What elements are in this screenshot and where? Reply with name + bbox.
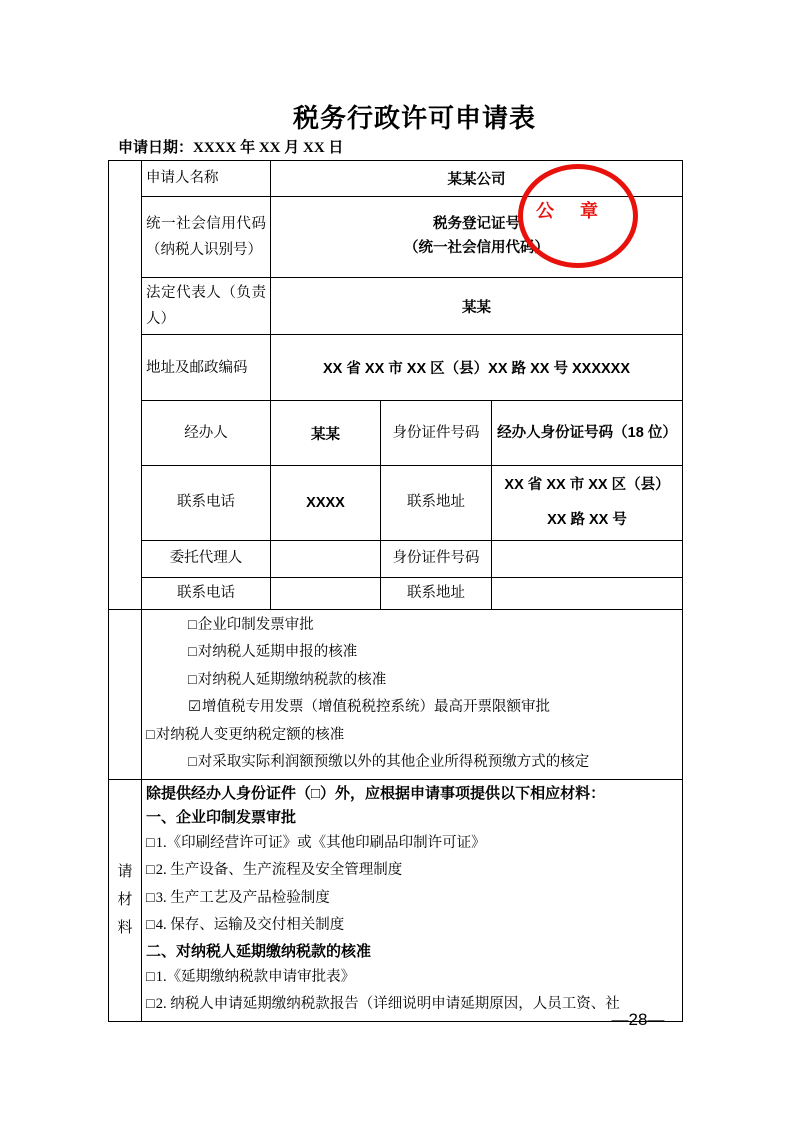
application-form-table: 申请人名称 某某公司 统一社会信用代码（纳税人识别号） 税务登记证号 （统一社会… — [108, 160, 683, 1022]
applicant-name-label: 申请人名称 — [142, 161, 271, 197]
proxy-phone-value — [271, 577, 381, 609]
material-item-label: 2. 生产设备、生产流程及安全管理制度 — [156, 862, 403, 878]
permit-item-label: 对纳税人变更纳税定额的核准 — [156, 727, 345, 743]
agent-phone-value: XXXX — [271, 466, 381, 541]
materials-intro: 除提供经办人身份证件（□）外，应根据申请事项提供以下相应材料： — [146, 782, 678, 806]
checkbox-unchecked-icon[interactable]: □ — [188, 612, 197, 640]
permit-item: □对纳税人延期缴纳税款的核准 — [146, 667, 678, 695]
permit-item: □企业印制发票审批 — [146, 612, 678, 640]
material-item: □3. 生产工艺及产品检验制度 — [146, 885, 678, 913]
material-item-label: 3. 生产工艺及产品检验制度 — [156, 890, 330, 906]
permit-item-label: 企业印制发票审批 — [198, 617, 314, 633]
permit-type-section: □企业印制发票审批 □对纳税人延期申报的核准 □对纳税人延期缴纳税款的核准 ☑增… — [142, 609, 683, 779]
agent-id-value: 经办人身份证号码（18 位） — [492, 401, 683, 466]
credit-code-label: 统一社会信用代码（纳税人识别号） — [142, 197, 271, 278]
material-item-label: 4. 保存、运输及交付相关制度 — [156, 917, 345, 933]
agent-address-label: 联系地址 — [381, 466, 492, 541]
legal-representative-label: 法定代表人（负责人） — [142, 278, 271, 335]
permit-item: □对纳税人变更纳税定额的核准 — [146, 722, 678, 750]
permit-item-label: 对采取实际利润额预缴以外的其他企业所得税预缴方式的核定 — [198, 754, 590, 770]
proxy-phone-label: 联系电话 — [142, 577, 271, 609]
agent-id-label: 身份证件号码 — [381, 401, 492, 466]
checkbox-checked-icon[interactable]: ☑ — [188, 694, 201, 722]
left-margin-cell — [109, 161, 142, 610]
materials-section1-title: 一、企业印制发票审批 — [146, 806, 678, 830]
checkbox-unchecked-icon[interactable]: □ — [146, 857, 155, 885]
checkbox-unchecked-icon[interactable]: □ — [146, 830, 155, 858]
proxy-address-label: 联系地址 — [381, 577, 492, 609]
checkbox-unchecked-icon[interactable]: □ — [146, 722, 155, 750]
page-title: 税务行政许可申请表 — [38, 98, 791, 135]
checkbox-unchecked-icon[interactable]: □ — [188, 667, 197, 695]
checkbox-unchecked-icon[interactable]: □ — [188, 749, 197, 777]
permit-item: ☑增值税专用发票（增值税税控系统）最高开票限额审批 — [146, 694, 678, 722]
agent-phone-label: 联系电话 — [142, 466, 271, 541]
materials-section: 除提供经办人身份证件（□）外，应根据申请事项提供以下相应材料： 一、企业印制发票… — [142, 779, 683, 1021]
material-item-label: 1.《延期缴纳税款申请审批表》 — [156, 969, 355, 985]
left-margin-cell — [109, 609, 142, 779]
checkbox-unchecked-icon[interactable]: □ — [146, 912, 155, 940]
material-item: □1.《延期缴纳税款申请审批表》 — [146, 964, 678, 992]
material-item-label: 2. 纳税人申请延期缴纳税款报告（详细说明申请延期原因，人员工资、社 — [156, 996, 620, 1012]
material-item: □2. 生产设备、生产流程及安全管理制度 — [146, 857, 678, 885]
permit-item-label: 对纳税人延期申报的核准 — [198, 644, 358, 660]
proxy-address-value — [492, 577, 683, 609]
page-number: —28— — [598, 1010, 678, 1030]
proxy-id-label: 身份证件号码 — [381, 540, 492, 577]
material-item: □1.《印刷经营许可证》或《其他印刷品印制许可证》 — [146, 830, 678, 858]
checkbox-unchecked-icon[interactable]: □ — [146, 964, 155, 992]
materials-side-label: 请材料 — [116, 858, 134, 942]
proxy-id-value — [492, 540, 683, 577]
address-value: XX 省 XX 市 XX 区（县）XX 路 XX 号 XXXXXX — [271, 335, 683, 401]
proxy-label: 委托代理人 — [142, 540, 271, 577]
permit-item: □对纳税人延期申报的核准 — [146, 639, 678, 667]
legal-representative-value: 某某 — [271, 278, 683, 335]
material-item-label: 1.《印刷经营许可证》或《其他印刷品印制许可证》 — [156, 835, 486, 851]
permit-item-label: 增值税专用发票（增值税税控系统）最高开票限额审批 — [202, 699, 550, 715]
checkbox-unchecked-icon[interactable]: □ — [188, 639, 197, 667]
agent-value: 某某 — [271, 401, 381, 466]
proxy-value — [271, 540, 381, 577]
materials-section2-title: 二、对纳税人延期缴纳税款的核准 — [146, 940, 678, 964]
material-item: □4. 保存、运输及交付相关制度 — [146, 912, 678, 940]
materials-side-cell: 请材料 — [109, 779, 142, 1021]
document-page: 税务行政许可申请表 申请日期：XXXX 年 XX 月 XX 日 申请人名称 某某… — [0, 0, 793, 1122]
application-date: 申请日期：XXXX 年 XX 月 XX 日 — [118, 136, 343, 157]
checkbox-unchecked-icon[interactable]: □ — [146, 885, 155, 913]
address-label: 地址及邮政编码 — [142, 335, 271, 401]
agent-label: 经办人 — [142, 401, 271, 466]
checkbox-unchecked-icon[interactable]: □ — [146, 991, 155, 1019]
agent-address-value: XX 省 XX 市 XX 区（县）XX 路 XX 号 — [492, 466, 683, 541]
official-seal-text: 公 章 — [536, 197, 602, 223]
permit-item-label: 对纳税人延期缴纳税款的核准 — [198, 672, 387, 688]
permit-item: □对采取实际利润额预缴以外的其他企业所得税预缴方式的核定 — [146, 749, 678, 777]
